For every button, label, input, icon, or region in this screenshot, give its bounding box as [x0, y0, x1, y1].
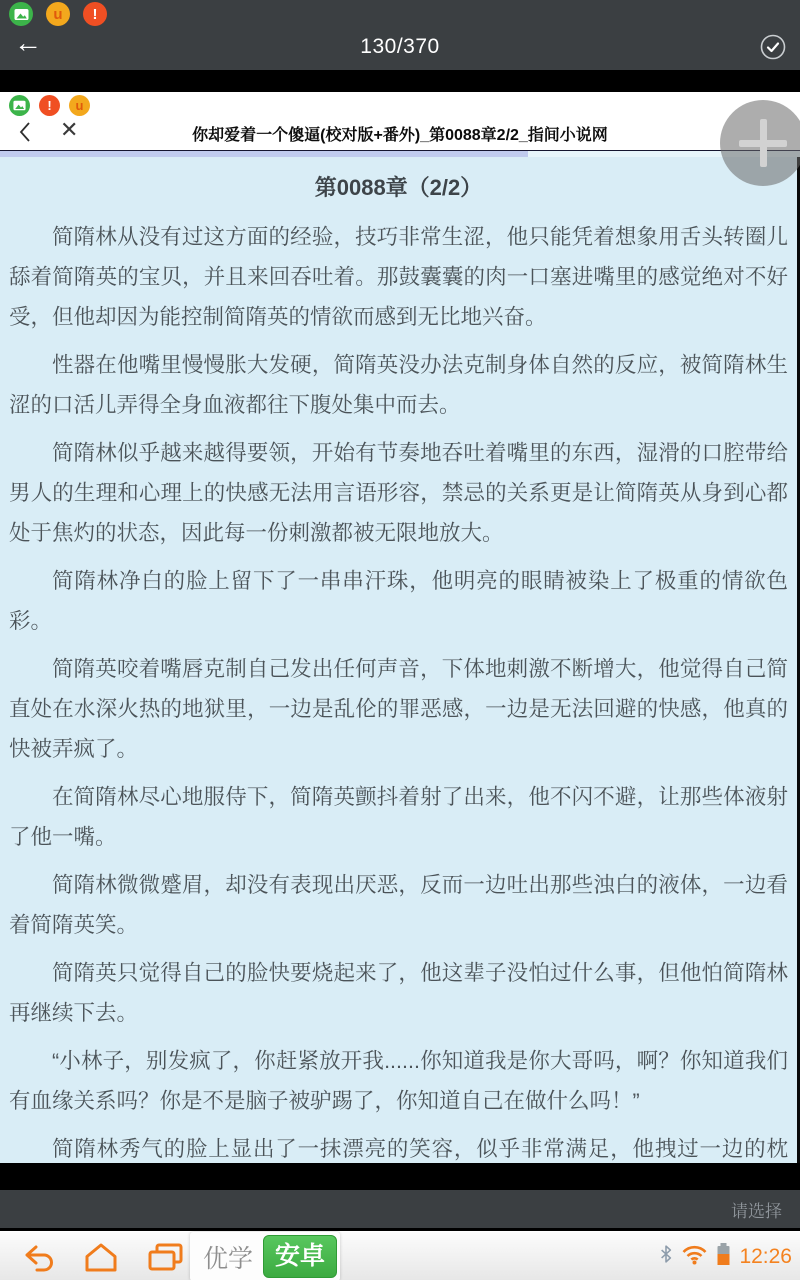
page-indicator: 130/370: [0, 35, 800, 59]
bluetooth-icon: [659, 1243, 673, 1270]
paragraph: 简隋林从没有过这方面的经验，技巧非常生涩，他只能凭着想象用舌头转圈儿舔着简隋英的…: [9, 217, 788, 337]
launcher-tab-switcher: 优学 安卓: [190, 1232, 340, 1280]
chapter-title: 第0088章（2/2）: [9, 171, 788, 202]
nav-back-icon[interactable]: [18, 1232, 56, 1280]
webview-progress-bar: [0, 150, 800, 157]
floating-plus-button[interactable]: [720, 100, 800, 186]
wifi-icon: [681, 1244, 708, 1270]
paragraph: 简隋林微微蹙眉，却没有表现出厌恶，反而一边吐出那些浊白的液体，一边看着简隋英笑。: [9, 865, 788, 945]
paragraph: 简隋林秀气的脸上显出了一抹漂亮的笑容，似乎非常满足，他拽过一边的枕头，垫在了简隋…: [9, 1129, 788, 1163]
paragraph: “小林子，别发疯了，你赶紧放开我......你知道我是你大哥吗，啊？你知道我们有…: [9, 1041, 788, 1121]
webview-back-chevron-icon[interactable]: [18, 121, 32, 148]
system-tray: 12:26: [659, 1232, 792, 1280]
paragraph: 简隋林似乎越来越得要领，开始有节奏地吞吐着嘴里的东西，湿滑的口腔带给男人的生理和…: [9, 433, 788, 553]
tab-youxue[interactable]: 优学: [193, 1239, 263, 1275]
webview-header: ! u ✕ 你却爱着一个傻逼(校对版+番外)_第0088章2/2_指间小说网: [0, 92, 800, 150]
divider-strip: [0, 1163, 800, 1190]
nav-home-icon[interactable]: [80, 1232, 122, 1280]
alert-notification-icon: !: [39, 95, 60, 116]
paragraph: 简隋英只觉得自己的脸快要烧起来了，他这辈子没怕过什么事，但他怕简隋林再继续下去。: [9, 953, 788, 1033]
selection-bar[interactable]: 请选择: [0, 1190, 800, 1228]
alert-notification-icon: !: [83, 2, 107, 26]
app-header: u ! ← 130/370: [0, 0, 800, 70]
screenshot-app-icon: [9, 2, 33, 26]
paragraph: 在简隋林尽心地服侍下，简隋英颤抖着射了出来，他不闪不避，让那些体液射了他一嘴。: [9, 777, 788, 857]
reader-content[interactable]: 第0088章（2/2） 简隋林从没有过这方面的经验，技巧非常生涩，他只能凭着想象…: [0, 157, 800, 1163]
selection-bar-label: 请选择: [731, 1197, 782, 1222]
paragraph: 性器在他嘴里慢慢胀大发硬，简隋英没办法克制身体自然的反应，被简隋林生涩的口活儿弄…: [9, 345, 788, 425]
divider-strip: [0, 70, 800, 92]
webview-progress-fill: [0, 151, 528, 157]
nav-recents-icon[interactable]: [146, 1232, 184, 1280]
u-reader-app-icon: u: [46, 2, 70, 26]
battery-icon: [716, 1243, 731, 1271]
paragraph: 简隋林净白的脸上留下了一串串汗珠，他明亮的眼睛被染上了极重的情欲色彩。: [9, 561, 788, 641]
webview-page-title: 你却爱着一个傻逼(校对版+番外)_第0088章2/2_指间小说网: [100, 122, 700, 145]
clock: 12:26: [739, 1245, 792, 1269]
status-bar: u !: [9, 2, 107, 26]
paragraphs: 简隋林从没有过这方面的经验，技巧非常生涩，他只能凭着想象用舌头转圈儿舔着简隋英的…: [9, 217, 788, 1163]
check-circle-icon[interactable]: [760, 34, 786, 65]
screenshot-app-icon: [9, 95, 30, 116]
u-reader-app-icon: u: [69, 95, 90, 116]
webview-close-icon[interactable]: ✕: [60, 119, 78, 141]
bottom-navigation-bar: 优学 安卓 12:26: [0, 1231, 800, 1280]
tab-android[interactable]: 安卓: [263, 1235, 337, 1278]
webview-status-icons: ! u: [9, 95, 90, 116]
paragraph: 简隋英咬着嘴唇克制自己发出任何声音，下体地刺激不断增大，他觉得自己简直处在水深火…: [9, 649, 788, 769]
